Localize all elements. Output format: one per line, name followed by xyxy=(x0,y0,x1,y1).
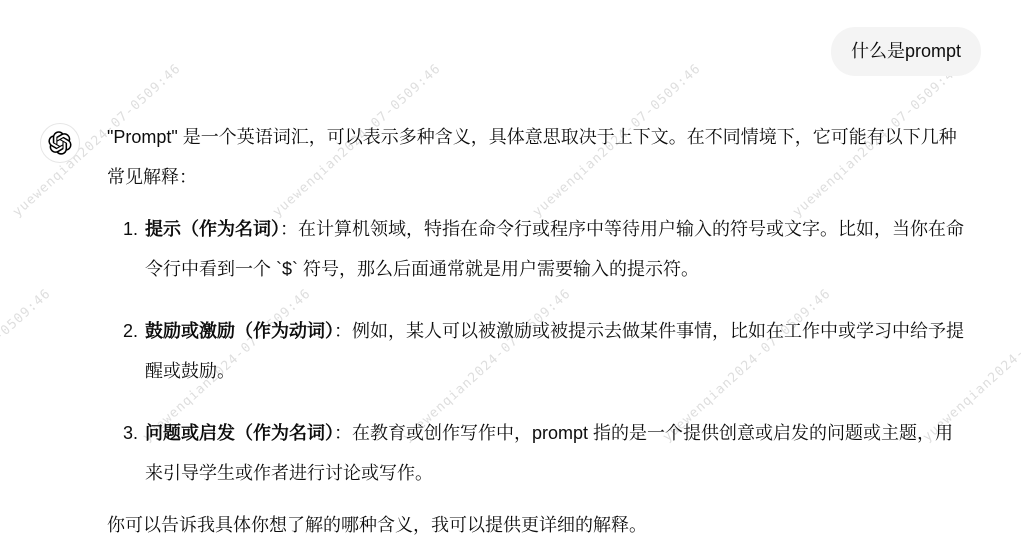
assistant-message-row: "Prompt" 是一个英语词汇，可以表示多种含义，具体意思取决于上下文。在不同… xyxy=(40,125,981,545)
list-item: 3. 问题或启发（作为名词）：在教育或创作写作中，prompt 指的是一个提供创… xyxy=(107,413,967,493)
list-item: 1. 提示（作为名词）：在计算机领域，特指在命令行或程序中等待用户输入的符号或文… xyxy=(107,209,967,289)
list-item-number: 2. xyxy=(123,311,145,391)
user-message-bubble: 什么是prompt xyxy=(831,27,981,76)
list-item-text: 问题或启发（作为名词）：在教育或创作写作中，prompt 指的是一个提供创意或启… xyxy=(145,413,967,493)
list-item-term: 鼓励或激励（作为动词） xyxy=(145,321,334,341)
list-item-text: 提示（作为名词）：在计算机领域，特指在命令行或程序中等待用户输入的符号或文字。比… xyxy=(145,209,967,289)
list-item-term: 提示（作为名词） xyxy=(145,219,280,239)
assistant-closing-paragraph: 你可以告诉我具体你想了解的哪种含义，我可以提供更详细的解释。 xyxy=(107,505,967,545)
list-item: 2. 鼓励或激励（作为动词）：例如，某人可以被激励或被提示去做某件事情，比如在工… xyxy=(107,311,967,391)
assistant-intro-paragraph: "Prompt" 是一个英语词汇，可以表示多种含义，具体意思取决于上下文。在不同… xyxy=(107,117,967,197)
list-item-term: 问题或启发（作为名词） xyxy=(145,423,334,443)
user-message-row: 什么是prompt xyxy=(40,27,981,76)
chat-conversation: 什么是prompt "Prompt" 是一个英语词汇，可以表示多种含义，具体意思… xyxy=(0,0,1021,545)
definition-list: 1. 提示（作为名词）：在计算机领域，特指在命令行或程序中等待用户输入的符号或文… xyxy=(107,209,967,493)
assistant-avatar xyxy=(40,123,80,163)
assistant-message: "Prompt" 是一个英语词汇，可以表示多种含义，具体意思取决于上下文。在不同… xyxy=(107,117,967,545)
list-item-number: 3. xyxy=(123,413,145,493)
list-item-number: 1. xyxy=(123,209,145,289)
openai-logo-icon xyxy=(48,131,72,155)
list-item-text: 鼓励或激励（作为动词）：例如，某人可以被激励或被提示去做某件事情，比如在工作中或… xyxy=(145,311,967,391)
